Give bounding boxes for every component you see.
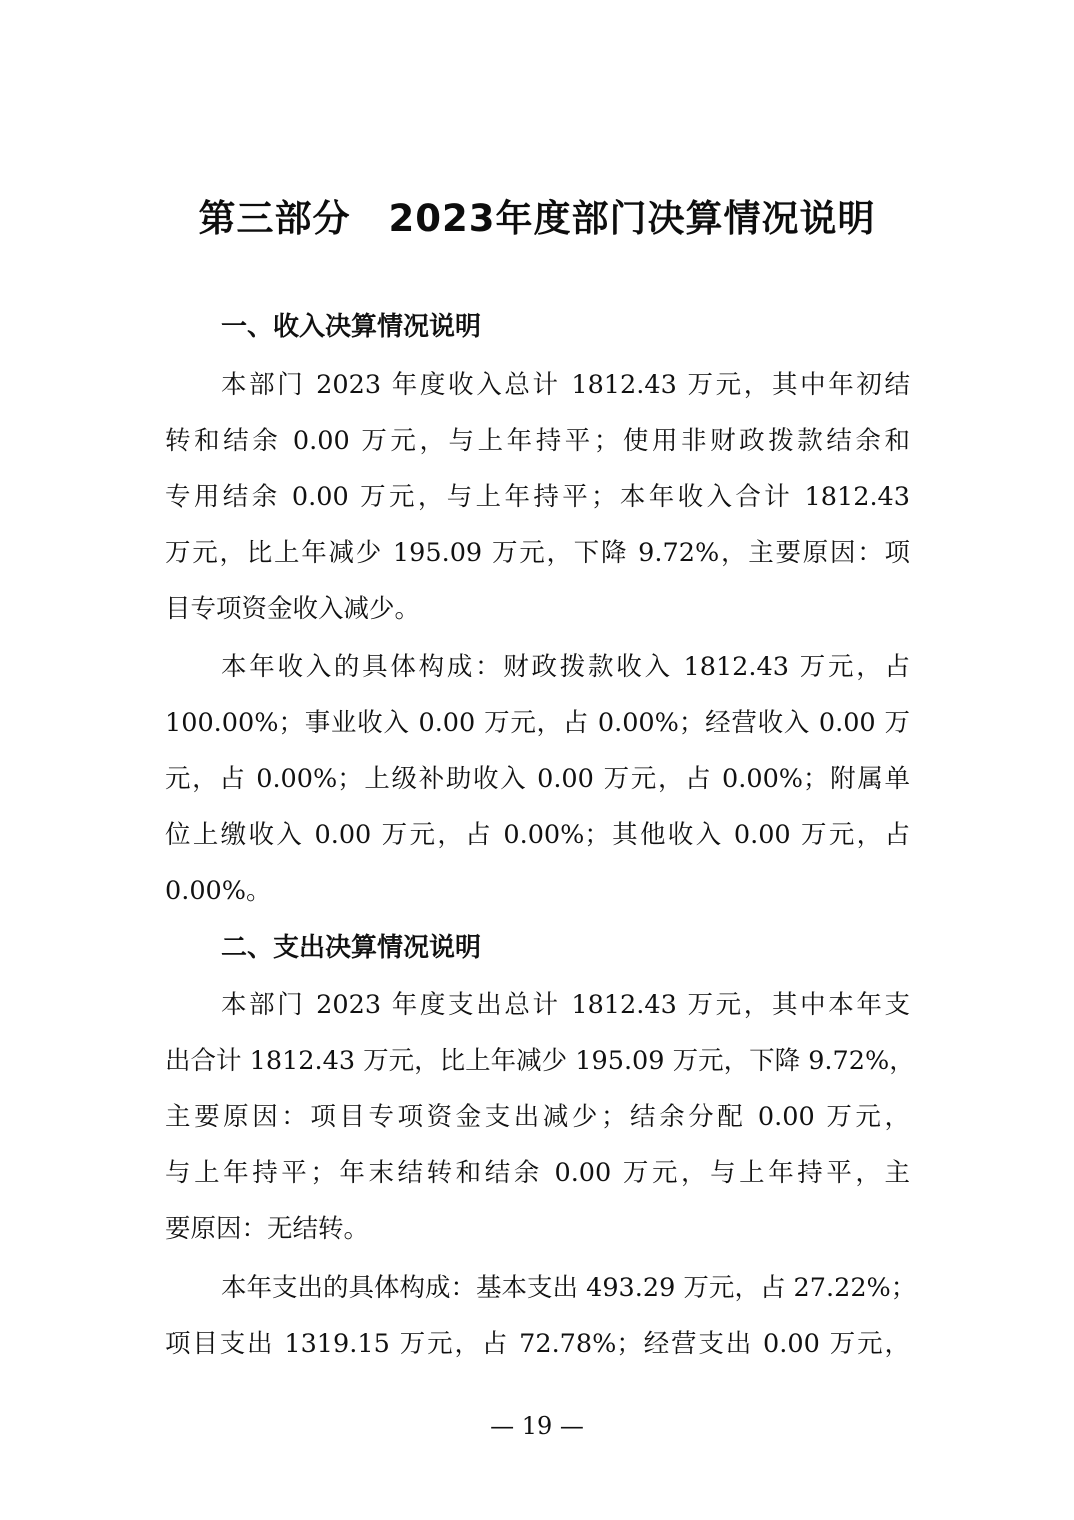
paragraph-line: 专用结余 0.00 万元，与上年持平；本年收入合计 1812.43 <box>165 477 910 513</box>
document-page: 第三部分 2023年度部门决算情况说明 一、收入决算情况说明 本部门 2023 … <box>0 0 1074 1520</box>
paragraph-line: 转和结余 0.00 万元，与上年持平；使用非财政拨款结余和 <box>165 421 910 457</box>
paragraph-line: 与上年持平；年末结转和结余 0.00 万元，与上年持平，主 <box>165 1153 910 1189</box>
paragraph-line: 元，占 0.00%；上级补助收入 0.00 万元，占 0.00%；附属单 <box>165 759 910 795</box>
paragraph-line: 主要原因：项目专项资金支出减少；结余分配 0.00 万元， <box>165 1097 910 1133</box>
paragraph-line: 本部门 2023 年度支出总计 1812.43 万元，其中本年支 <box>221 985 910 1021</box>
paragraph-line: 本年收入的具体构成：财政拨款收入 1812.43 万元，占 <box>221 647 910 683</box>
paragraph-line: 位上缴收入 0.00 万元，占 0.00%；其他收入 0.00 万元，占 <box>165 815 910 851</box>
paragraph-line: 要原因：无结转。 <box>165 1209 910 1245</box>
paragraph-line: 0.00%。 <box>165 871 910 907</box>
section-heading-expenditure: 二、支出决算情况说明 <box>221 927 481 964</box>
paragraph-line: 目专项资金收入减少。 <box>165 589 910 625</box>
section-heading-income: 一、收入决算情况说明 <box>221 306 481 343</box>
page-title: 第三部分 2023年度部门决算情况说明 <box>0 188 1074 242</box>
paragraph-line: 100.00%；事业收入 0.00 万元，占 0.00%；经营收入 0.00 万 <box>165 703 910 739</box>
paragraph-line: 本部门 2023 年度收入总计 1812.43 万元，其中年初结 <box>221 365 910 401</box>
paragraph-line: 本年支出的具体构成：基本支出 493.29 万元，占 27.22%； <box>221 1268 910 1304</box>
paragraph-line: 万元，比上年减少 195.09 万元，下降 9.72%，主要原因：项 <box>165 533 910 569</box>
page-number: — 19 — <box>0 1412 1074 1440</box>
paragraph-line: 出合计 1812.43 万元，比上年减少 195.09 万元，下降 9.72%， <box>165 1041 910 1077</box>
paragraph-line: 项目支出 1319.15 万元，占 72.78%；经营支出 0.00 万元， <box>165 1324 910 1360</box>
